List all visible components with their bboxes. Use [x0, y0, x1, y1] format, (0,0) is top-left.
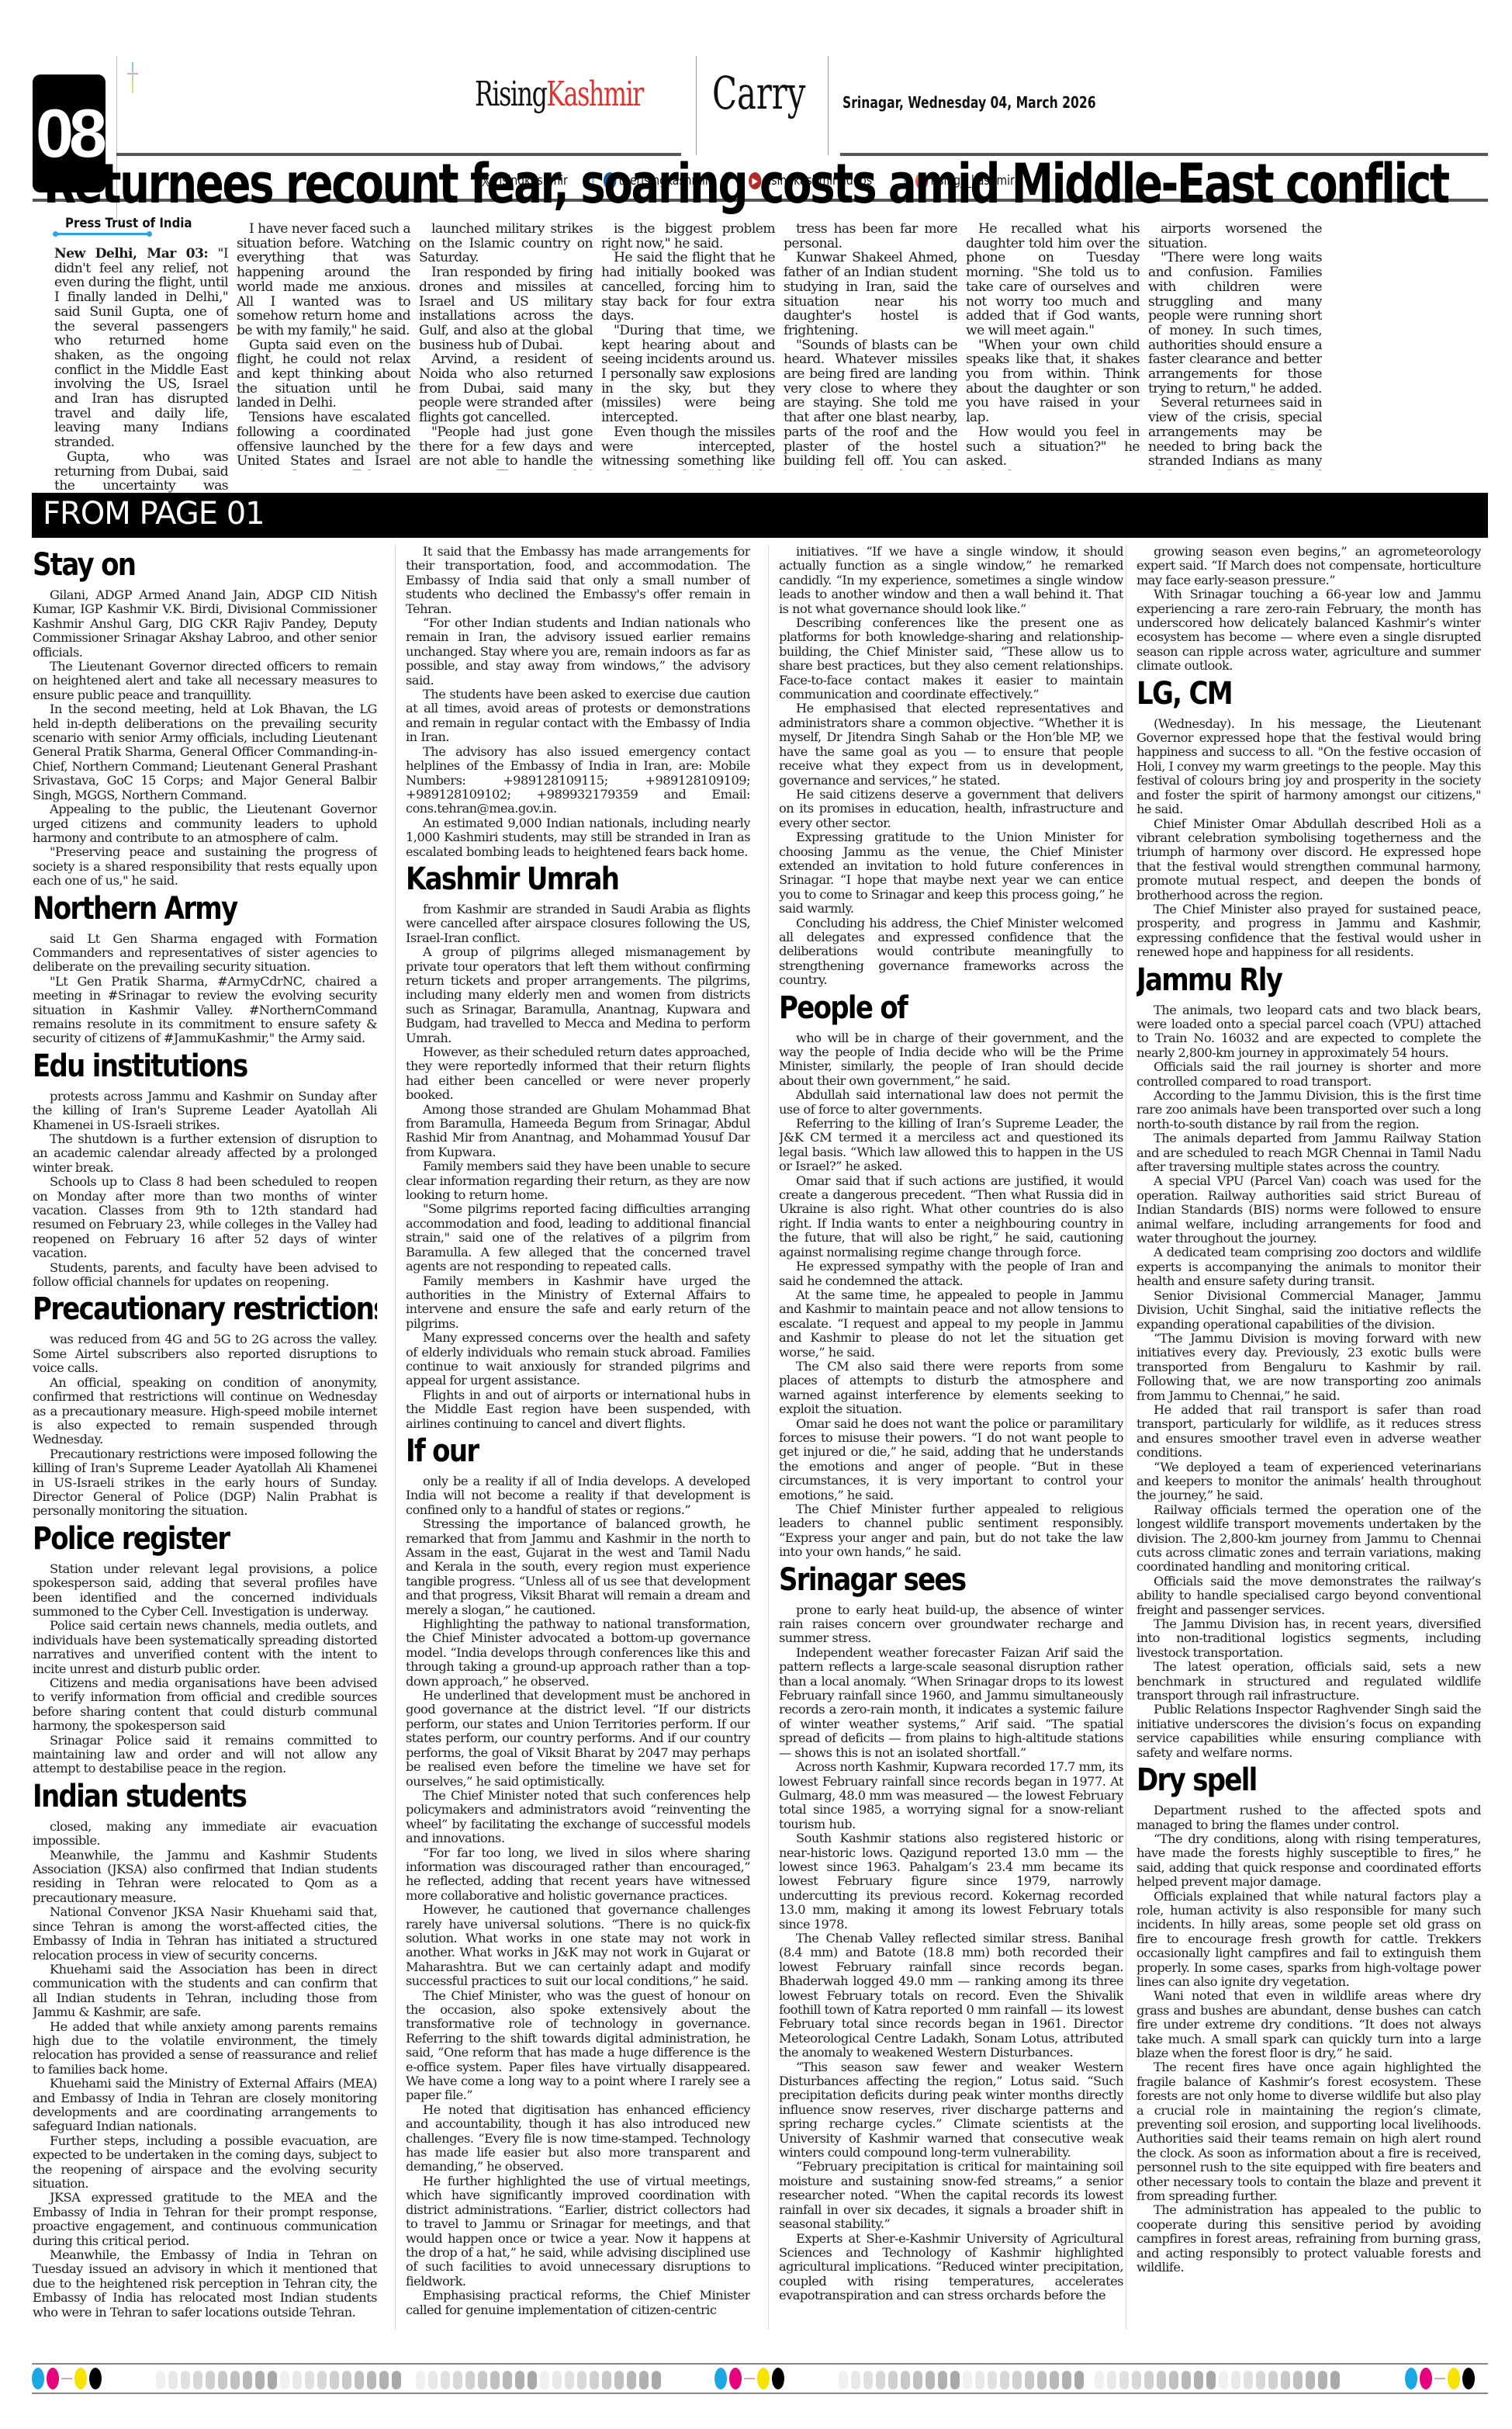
paragraph: Schools up to Class 8 had been scheduled… [33, 1175, 377, 1260]
paragraph: “For far too long, we lived in silos whe… [406, 1846, 750, 1904]
paragraph: The latest operation, officials said, se… [1137, 1660, 1481, 1703]
paragraph: “We deployed a team of experienced veter… [1137, 1461, 1481, 1503]
ink-dot [714, 2368, 727, 2389]
paragraph: The Chief Minister, who was the guest of… [406, 1989, 750, 2103]
paragraph: Students, parents, and faculty have been… [33, 1261, 377, 1290]
print-color-bar [32, 2363, 1488, 2394]
lead-column: airports worsened the situation."There w… [1148, 222, 1322, 470]
section-heading: Northern Army [33, 890, 325, 927]
paragraph: growing season even begins,” an agromete… [1137, 545, 1481, 587]
paragraph: He said citizens deserve a government th… [779, 788, 1123, 830]
grey-scale-swatch [416, 2371, 661, 2389]
paragraph: Gupta, who was returning from Dubai, sai… [54, 450, 228, 495]
paragraph: The administration has appealed to the p… [1137, 2203, 1481, 2275]
section-heading: Dry spell [1137, 1762, 1429, 1799]
lead-column: I have never faced such a situation befo… [237, 222, 410, 470]
ink-dot [1420, 2368, 1432, 2389]
paragraph: An official, speaking on condition of an… [33, 1376, 377, 1447]
section-heading: Indian students [33, 1778, 325, 1815]
paragraph: Officials said the rail journey is short… [1137, 1060, 1481, 1089]
paragraph: With Srinagar touching a 66-year low and… [1137, 587, 1481, 673]
registration-mark-icon [127, 62, 138, 101]
paragraph: "Some pilgrims reported facing difficult… [406, 1202, 750, 1273]
paragraph: Expressing gratitude to the Union Minist… [779, 830, 1123, 916]
section-heading: Stay on [33, 546, 325, 584]
paragraph: Flights in and out of airports or intern… [406, 1388, 750, 1431]
brand-rising: Rising [475, 74, 546, 114]
section-heading: Precautionary restrictions [33, 1291, 325, 1328]
paragraph: New Delhi, Mar 03: "I didn't feel any re… [54, 247, 228, 450]
paragraph: Highlighting the pathway to national tra… [406, 1617, 750, 1689]
paragraph: Family members in Kashmir have urged the… [406, 1274, 750, 1332]
paragraph: South Kashmir stations also registered h… [779, 1831, 1123, 1932]
column-divider [1126, 545, 1126, 2330]
section-heading: People of [779, 989, 1071, 1027]
paragraph: Citizens and media organisations have be… [33, 1676, 377, 1734]
paragraph: Chief Minister Omar Abdullah described H… [1137, 817, 1481, 903]
paragraph: A dedicated team comprising zoo doctors … [1137, 1246, 1481, 1288]
paragraph: “This season saw fewer and weaker Wester… [779, 2060, 1123, 2160]
paragraph: Among those stranded are Ghulam Mohammad… [406, 1103, 750, 1160]
cmyk-swatch [32, 2368, 102, 2389]
grey-scale-swatch [1095, 2371, 1340, 2389]
paragraph: The recent fires have once again highlig… [1137, 2060, 1481, 2203]
paragraph: The CM also said there were reports from… [779, 1360, 1123, 1417]
continuation-column: Stay onGilani, ADGP Armed Anand Jain, AD… [33, 545, 377, 2337]
paragraph: He recalled what his daughter told him o… [966, 222, 1140, 338]
lead-headline: Returnees recount fear, soaring costs am… [43, 152, 1181, 216]
lead-column: is the biggest problem right now," he sa… [601, 222, 775, 470]
paragraph: He said the flight that he had initially… [601, 251, 775, 324]
paragraph: A group of pilgrims alleged mismanagemen… [406, 945, 750, 1045]
lead-column: launched military strikes on the Islamic… [419, 222, 593, 470]
masthead-separator [696, 56, 697, 155]
paragraph: Kunwar Shakeel Ahmed, father of an India… [784, 251, 957, 338]
grey-scale-swatch [839, 2371, 1084, 2389]
paragraph: Arvind, a resident of Noida who also ret… [419, 352, 593, 425]
paragraph: He noted that digitisation has enhanced … [406, 2103, 750, 2174]
byline: Press Trust of India [65, 216, 192, 231]
paragraph: prone to early heat build-up, the absenc… [779, 1603, 1123, 1646]
paragraph: He added that rail transport is safer th… [1137, 1403, 1481, 1461]
grey-scale-swatch [156, 2371, 401, 2389]
cmyk-swatch [714, 2368, 784, 2389]
paragraph: “February precipitation is critical for … [779, 2160, 1123, 2231]
paragraph: He expressed sympathy with the people of… [779, 1260, 1123, 1288]
brand-kashmir: Kashmir [546, 74, 642, 114]
paragraph: Across north Kashmir, Kupwara recorded 1… [779, 1760, 1123, 1831]
paragraph: Describing conferences like the present … [779, 616, 1123, 702]
paragraph: "Sounds of blasts can be heard. Whatever… [784, 338, 957, 470]
paragraph: said Lt Gen Sharma engaged with Formatio… [33, 932, 377, 975]
paragraph: The Chief Minister also prayed for susta… [1137, 903, 1481, 960]
dateline: Srinagar, Wednesday 04, March 2026 [842, 93, 1096, 112]
paragraph: The Chief Minister further appealed to r… [779, 1502, 1123, 1560]
paragraph: was reduced from 4G and 5G to 2G across … [33, 1332, 377, 1375]
paragraph: airports worsened the situation. [1148, 222, 1322, 251]
paragraph: Stressing the importance of balanced gro… [406, 1517, 750, 1617]
paragraph: It said that the Embassy has made arrang… [406, 545, 750, 616]
paragraph: JKSA expressed gratitude to the MEA and … [33, 2191, 377, 2248]
paragraph: protests across Jammu and Kashmir on Sun… [33, 1090, 377, 1132]
paragraph: “The dry conditions, along with rising t… [1137, 1832, 1481, 1890]
section-name: Carry [712, 67, 805, 120]
paragraph: who will be in charge of their governmen… [779, 1031, 1123, 1089]
section-heading: Kashmir Umrah [406, 861, 698, 898]
brand-logo[interactable]: RisingKashmir [475, 74, 643, 121]
column-divider [395, 545, 396, 2330]
paragraph: Gilani, ADGP Armed Anand Jain, ADGP CID … [33, 588, 377, 660]
paragraph: In the second meeting, held at Lok Bhava… [33, 702, 377, 802]
paragraph: Khuehami said the Association has been i… [33, 1963, 377, 2020]
ink-dot [47, 2368, 59, 2389]
paragraph: The Chenab Valley reflected similar stre… [779, 1932, 1123, 2060]
paragraph: Another passenger, Suhail Ahmed, returni… [966, 469, 1140, 470]
paragraph: A special VPU (Parcel Van) coach was use… [1137, 1174, 1481, 1246]
paragraph: Wani noted that even in wildlife areas w… [1137, 1989, 1481, 2060]
paragraph: Officials explained that while natural f… [1137, 1890, 1481, 1990]
ink-dot [729, 2368, 742, 2389]
continuation-column: initiatives. “If we have a single window… [779, 545, 1123, 2337]
section-heading: Jammu Rly [1137, 962, 1429, 999]
story-dateline: New Delhi, Mar 03: [54, 247, 208, 262]
paragraph: Officials said the move demonstrates the… [1137, 1575, 1481, 1617]
paragraph: He emphasised that elected representativ… [779, 702, 1123, 787]
byline-underline [54, 233, 151, 235]
paragraph: Meanwhile, the Jammu and Kashmir Student… [33, 1849, 377, 1906]
ink-dot [74, 2368, 87, 2389]
section-heading: LG, CM [1137, 675, 1429, 712]
paragraph: National Convenor JKSA Nasir Khuehami sa… [33, 1905, 377, 1963]
cmyk-swatch [1405, 2368, 1475, 2389]
paragraph: launched military strikes on the Islamic… [419, 222, 593, 265]
section-heading: If our [406, 1433, 698, 1470]
paragraph: Family members said they have been unabl… [406, 1159, 750, 1202]
paragraph: Omar said he does not want the police or… [779, 1417, 1123, 1502]
paragraph: Omar said that if such actions are justi… [779, 1174, 1123, 1260]
paragraph: The students have been asked to exercise… [406, 688, 750, 745]
paragraph: Emphasising practical reforms, the Chief… [406, 2289, 750, 2317]
paragraph: "Lt Gen Pratik Sharma, #ArmyCdrNC, chair… [33, 975, 377, 1046]
masthead-separator [828, 56, 829, 155]
continuation-column: It said that the Embassy has made arrang… [406, 545, 750, 2337]
from-page-banner: FROM PAGE 01 [32, 493, 1488, 538]
ink-dot [757, 2368, 770, 2389]
ink-tick [744, 2378, 755, 2379]
paragraph: tress has been far more personal. [784, 222, 957, 251]
paragraph: Meanwhile, the Embassy of India in Tehra… [33, 2248, 377, 2320]
continuation-column: growing season even begins,” an agromete… [1137, 545, 1481, 2337]
lead-column: He recalled what his daughter told him o… [966, 222, 1140, 470]
paragraph: Police said certain news channels, media… [33, 1619, 377, 1676]
section-heading: Edu institutions [33, 1048, 325, 1085]
ink-dot [32, 2368, 44, 2389]
paragraph: "There were long waits and confusion. Fa… [1148, 251, 1322, 396]
paragraph: I have never faced such a situation befo… [237, 222, 410, 338]
paragraph: An estimated 9,000 Indian nationals, inc… [406, 816, 750, 859]
paragraph: Independent weather forecaster Faizan Ar… [779, 1646, 1123, 1760]
paragraph: (Wednesday). In his message, the Lieuten… [1137, 717, 1481, 817]
paragraph: Referring to the killing of Iran’s Supre… [779, 1117, 1123, 1174]
paragraph-text: "I didn't feel any relief, not even duri… [54, 247, 228, 450]
paragraph: How would you feel in such a situation?"… [966, 425, 1140, 469]
ink-dot [772, 2368, 784, 2389]
lead-column: tress has been far more personal.Kunwar … [784, 222, 957, 470]
paragraph: The Lieutenant Governor directed officer… [33, 660, 377, 702]
paragraph: closed, making any immediate air evacuat… [33, 1820, 377, 1849]
paragraph: "People had just gone there for a few da… [419, 425, 593, 470]
paragraph: Many expressed concerns over the health … [406, 1331, 750, 1388]
paragraph: The shutdown is a further extension of d… [33, 1132, 377, 1175]
paragraph: “The Jammu Division is moving forward wi… [1137, 1332, 1481, 1403]
paragraph: initiatives. “If we have a single window… [779, 545, 1123, 616]
paragraph: The animals, two leopard cats and two bl… [1137, 1003, 1481, 1061]
paragraph: According to the Jammu Division, this is… [1137, 1089, 1481, 1131]
paragraph: Precautionary restrictions were imposed … [33, 1447, 377, 1519]
paragraph: Senior Divisional Commercial Manager, Ja… [1137, 1289, 1481, 1332]
ink-dot [1448, 2368, 1460, 2389]
paragraph: Railway officials termed the operation o… [1137, 1503, 1481, 1575]
paragraph: The animals departed from Jammu Railway … [1137, 1131, 1481, 1174]
ink-dot [1462, 2368, 1475, 2389]
paragraph: Concluding his address, the Chief Minist… [779, 917, 1123, 988]
paragraph: The advisory has also issued emergency c… [406, 745, 750, 816]
paragraph: The Chief Minister noted that such confe… [406, 1789, 750, 1846]
paragraph: is the biggest problem right now," he sa… [601, 222, 775, 251]
paragraph: Tensions have escalated following a coor… [237, 411, 410, 470]
paragraph: "When your own child speaks like that, i… [966, 338, 1140, 425]
section-heading: Police register [33, 1520, 325, 1558]
paragraph: At the same time, he appealed to people … [779, 1288, 1123, 1360]
paragraph: He added that while anxiety among parent… [33, 2020, 377, 2077]
paragraph: He underlined that development must be a… [406, 1689, 750, 1789]
paragraph: However, as their scheduled return dates… [406, 1045, 750, 1103]
lead-column: New Delhi, Mar 03: "I didn't feel any re… [54, 247, 228, 495]
paragraph: Several returnees said in view of the cr… [1148, 396, 1322, 470]
paragraph: Even though the missiles were intercepte… [601, 425, 775, 470]
paragraph: Iran responded by firing drones and miss… [419, 265, 593, 352]
paragraph: Srinagar Police said it remains committe… [33, 1734, 377, 1776]
ink-dot [1405, 2368, 1417, 2389]
paragraph: However, he cautioned that governance ch… [406, 1903, 750, 1988]
from-page-label: FROM PAGE 01 [43, 496, 265, 532]
paragraph: The Jammu Division has, in recent years,… [1137, 1617, 1481, 1660]
section-heading: Srinagar sees [779, 1561, 1071, 1599]
paragraph: "Preserving peace and sustaining the pro… [33, 845, 377, 888]
paragraph: Gupta said even on the flight, he could … [237, 338, 410, 411]
paragraph: Appealing to the public, the Lieutenant … [33, 802, 377, 845]
ink-dot [89, 2368, 102, 2389]
paragraph: Public Relations Inspector Raghvender Si… [1137, 1703, 1481, 1760]
ink-tick [61, 2378, 72, 2379]
paragraph: He further highlighted the use of virtua… [406, 2174, 750, 2289]
paragraph: Abdullah said international law does not… [779, 1088, 1123, 1117]
paragraph: Khuehami said the Ministry of External A… [33, 2077, 377, 2134]
paragraph: “For other Indian students and Indian na… [406, 616, 750, 688]
paragraph: Further steps, including a possible evac… [33, 2134, 377, 2192]
column-divider [768, 545, 769, 2330]
paragraph: Station under relevant legal provisions,… [33, 1562, 377, 1620]
paragraph: "During that time, we kept hearing about… [601, 324, 775, 425]
paragraph: from Kashmir are stranded in Saudi Arabi… [406, 903, 750, 945]
paragraph: only be a reality if all of India develo… [406, 1474, 750, 1517]
paragraph: Department rushed to the affected spots … [1137, 1804, 1481, 1832]
paragraph: Experts at Sher-e-Kashmir University of … [779, 2232, 1123, 2303]
ink-tick [1434, 2378, 1445, 2379]
